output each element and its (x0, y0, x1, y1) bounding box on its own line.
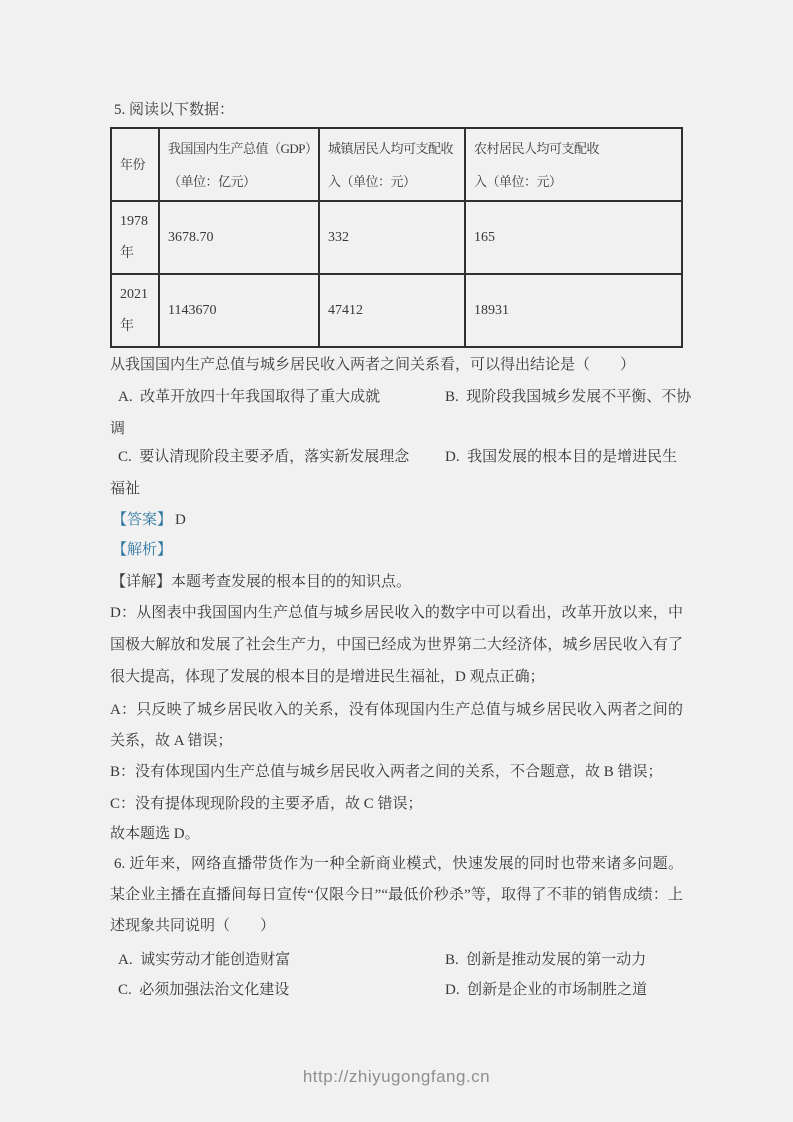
option-d: D. 我国发展的根本目的是增进民生 (445, 447, 677, 467)
header-rural-line2: 入（单位：元） (474, 165, 681, 198)
explanation-a: A：只反映了城乡居民收入的关系，没有体现国内生产总值与城乡居民收入两者之间的关系… (110, 695, 683, 757)
cell-rural-2021: 18931 (465, 274, 682, 347)
question5-intro: 5. 阅读以下数据： (110, 100, 234, 120)
year-line1: 1978 (120, 206, 158, 238)
option-b-continuation: 调 (110, 419, 125, 439)
header-gdp-line2: （单位：亿元） (168, 165, 318, 198)
header-gdp-line1: 我国国内生产总值（GDP） (168, 132, 318, 165)
question6-options-row-ab: A. 诚实劳动才能创造财富 B. 创新是推动发展的第一动力 (110, 950, 683, 970)
cell-urban-1978: 332 (319, 201, 465, 274)
gdp-value: 3678.70 (168, 230, 214, 245)
option-b: B. 现阶段我国城乡发展不平衡、不协 (445, 387, 691, 407)
rural-value: 165 (474, 230, 495, 245)
year-line1: 2021 (120, 279, 158, 311)
explanation-conclusion: 故本题选 D。 (110, 824, 200, 844)
urban-value: 47412 (328, 303, 363, 318)
cell-gdp-1978: 3678.70 (159, 201, 319, 274)
option-b: B. 创新是推动发展的第一动力 (445, 950, 646, 970)
explanation-d: D：从图表中我国国内生产总值与城乡居民收入的数字中可以看出，改革开放以来，中国极… (110, 597, 683, 693)
question6-options-row-cd: C. 必须加强法治文化建设 D. 创新是企业的市场制胜之道 (110, 980, 683, 1000)
header-cell-rural: 农村居民人均可支配收 入（单位：元） (465, 128, 682, 201)
cell-gdp-2021: 1143670 (159, 274, 319, 347)
gdp-value: 1143670 (168, 303, 216, 318)
option-a: A. 诚实劳动才能创造财富 (118, 952, 290, 968)
question5-options-row-cd: C. 要认清现阶段主要矛盾，落实新发展理念 D. 我国发展的根本目的是增进民生 (110, 447, 683, 467)
question5-stem: 从我国国内生产总值与城乡居民收入两者之间关系看，可以得出结论是（ ） (110, 355, 635, 375)
urban-value: 332 (328, 230, 349, 245)
cell-year-2021: 2021 年 (111, 274, 159, 347)
option-c: C. 要认清现阶段主要矛盾，落实新发展理念 (118, 449, 409, 465)
header-year-line1: 年份 (120, 148, 158, 181)
footer-watermark-url: http://zhiyugongfang.cn (0, 1066, 793, 1088)
header-cell-gdp: 我国国内生产总值（GDP） （单位：亿元） (159, 128, 319, 201)
explanation-c: C：没有提体现现阶段的主要矛盾，故 C 错误； (110, 794, 423, 814)
year-line2: 年 (120, 238, 158, 270)
question5-options-row-ab: A. 改革开放四十年我国取得了重大成就 B. 现阶段我国城乡发展不平衡、不协 (110, 387, 683, 407)
option-d-continuation: 福祉 (110, 479, 140, 499)
table-row: 1978 年 3678.70 332 165 (111, 201, 682, 274)
cell-urban-2021: 47412 (319, 274, 465, 347)
header-cell-year: 年份 (111, 128, 159, 201)
cell-rural-1978: 165 (465, 201, 682, 274)
explanation-b: B：没有体现国内生产总值与城乡居民收入两者之间的关系，不合题意，故 B 错误； (110, 762, 663, 782)
option-c: C. 必须加强法治文化建设 (118, 982, 289, 998)
answer-line: 【答案】D (112, 510, 186, 530)
analysis-label: 【解析】 (112, 540, 172, 560)
header-cell-urban: 城镇居民人均可支配收 入（单位：元） (319, 128, 465, 201)
rural-value: 18931 (474, 303, 509, 318)
detail-line: 【详解】本题考查发展的根本目的的知识点。 (111, 572, 411, 592)
year-line2: 年 (120, 311, 158, 343)
header-urban-line2: 入（单位：元） (328, 165, 464, 198)
exam-page: 5. 阅读以下数据： 年份 我国国内生产总值（GDP） （单位：亿元） 城镇居民… (0, 0, 793, 1122)
cell-year-1978: 1978 年 (111, 201, 159, 274)
answer-value: D (175, 512, 186, 528)
table-row: 2021 年 1143670 47412 18931 (111, 274, 682, 347)
answer-label: 【答案】 (112, 512, 172, 528)
option-d: D. 创新是企业的市场制胜之道 (445, 980, 647, 1000)
option-a: A. 改革开放四十年我国取得了重大成就 (118, 389, 380, 405)
header-urban-line1: 城镇居民人均可支配收 (328, 132, 464, 165)
question6-stem: 6. 近年来，网络直播带货作为一种全新商业模式，快速发展的同时也带来诸多问题。某… (110, 849, 683, 942)
data-table: 年份 我国国内生产总值（GDP） （单位：亿元） 城镇居民人均可支配收 入（单位… (110, 127, 683, 348)
table-header-row: 年份 我国国内生产总值（GDP） （单位：亿元） 城镇居民人均可支配收 入（单位… (111, 128, 682, 201)
header-rural-line1: 农村居民人均可支配收 (474, 132, 681, 165)
